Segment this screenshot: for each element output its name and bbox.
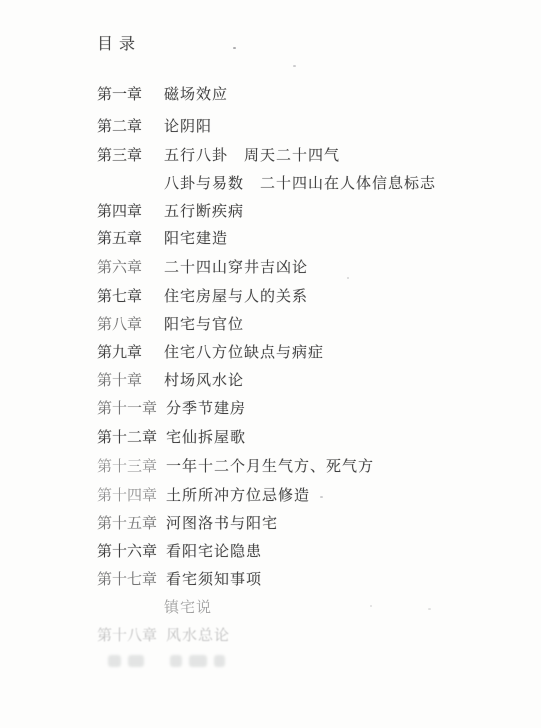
toc-chapter-label: 第九章 [97, 343, 155, 362]
toc-entry-title: 磁场效应 [164, 85, 228, 103]
toc-chapter-label: 第五章 [97, 229, 155, 248]
scan-speck [415, 187, 418, 189]
toc-row-continuation: 镇宅说 [97, 598, 212, 617]
scan-speck [293, 65, 296, 67]
toc-chapter-label: 第十一章 [97, 399, 157, 418]
toc-row: 第十六章看阳宅论隐患 [97, 542, 262, 561]
toc-chapter-label: 第八章 [97, 315, 155, 334]
toc-entry-title: 看阳宅论隐患 [166, 542, 262, 560]
toc-row: 第九章住宅八方位缺点与病症 [97, 343, 324, 362]
toc-entry-title: 一年十二个月生气方、死气方 [166, 457, 374, 475]
scan-speck [320, 496, 323, 498]
toc-chapter-label: 第七章 [97, 287, 155, 306]
toc-entry-title: 风水总论 [166, 626, 230, 644]
toc-row: 第十一章分季节建房 [97, 399, 246, 418]
toc-row: 第十三章一年十二个月生气方、死气方 [97, 457, 374, 476]
toc-entry-title: 八卦与易数 二十四山在人体信息标志 [164, 174, 436, 192]
toc-entry-title: 论阴阳 [164, 117, 212, 135]
scan-speck [428, 608, 431, 610]
toc-entry-title: 阳宅与官位 [164, 315, 244, 333]
toc-row: 第七章住宅房屋与人的关系 [97, 287, 308, 306]
toc-entry-title: 阳宅建造 [164, 229, 228, 247]
toc-chapter-label: 第十六章 [97, 542, 157, 561]
toc-chapter-label: 第十四章 [97, 486, 157, 505]
scanned-toc-page: 目录 第一章磁场效应 第二章论阴阳 第三章五行八卦 周天二十四气 八卦与易数 二… [0, 0, 541, 728]
scan-speck [370, 605, 372, 607]
toc-chapter-label: 第二章 [97, 117, 155, 136]
toc-entry-title: 村场风水论 [164, 371, 244, 389]
toc-chapter-label: 第十五章 [97, 514, 157, 533]
toc-entry-title: 河图洛书与阳宅 [166, 514, 278, 532]
toc-entry-title: 五行断疾病 [164, 202, 244, 220]
toc-row: 第十八章风水总论 [97, 626, 230, 645]
scan-speck [347, 277, 349, 279]
toc-row: 第十五章河图洛书与阳宅 [97, 514, 278, 533]
toc-entry-title: 五行八卦 周天二十四气 [164, 146, 340, 164]
page-title: 目录 [97, 31, 141, 54]
toc-row: 第十七章看宅须知事项 [97, 570, 262, 589]
toc-chapter-label: 第十八章 [97, 626, 157, 645]
toc-row: 第十章村场风水论 [97, 371, 244, 390]
toc-row: 第八章阳宅与官位 [97, 315, 244, 334]
toc-entry-title: 镇宅说 [164, 598, 212, 616]
toc-row: 第十四章土所所冲方位忌修造 [97, 486, 310, 505]
toc-entry-title: 宅仙拆屋歌 [166, 428, 246, 446]
scan-speck [233, 47, 236, 49]
toc-entry-title: 二十四山穿井吉凶论 [164, 258, 308, 276]
illegible-faded-line [108, 650, 232, 666]
toc-row: 第六章二十四山穿井吉凶论 [97, 258, 308, 277]
toc-row: 第四章五行断疾病 [97, 202, 244, 221]
toc-chapter-label: 第六章 [97, 258, 155, 277]
toc-entry-title: 看宅须知事项 [166, 570, 262, 588]
toc-chapter-label: 第十章 [97, 371, 155, 390]
toc-chapter-label: 第十三章 [97, 457, 157, 476]
toc-chapter-label: 第一章 [97, 85, 155, 104]
toc-chapter-label: 第三章 [97, 146, 155, 165]
toc-chapter-label: 第十二章 [97, 428, 157, 447]
toc-row: 第三章五行八卦 周天二十四气 [97, 146, 340, 165]
toc-entry-title: 分季节建房 [166, 399, 246, 417]
toc-chapter-label: 第十七章 [97, 570, 157, 589]
toc-row: 第十二章宅仙拆屋歌 [97, 428, 246, 447]
toc-row-continuation: 八卦与易数 二十四山在人体信息标志 [97, 174, 436, 193]
toc-row: 第一章磁场效应 [97, 85, 228, 104]
toc-entry-title: 住宅八方位缺点与病症 [164, 343, 324, 361]
toc-chapter-label: 第四章 [97, 202, 155, 221]
toc-row: 第二章论阴阳 [97, 117, 212, 136]
toc-entry-title: 土所所冲方位忌修造 [166, 486, 310, 504]
toc-row: 第五章阳宅建造 [97, 229, 228, 248]
toc-entry-title: 住宅房屋与人的关系 [164, 287, 308, 305]
